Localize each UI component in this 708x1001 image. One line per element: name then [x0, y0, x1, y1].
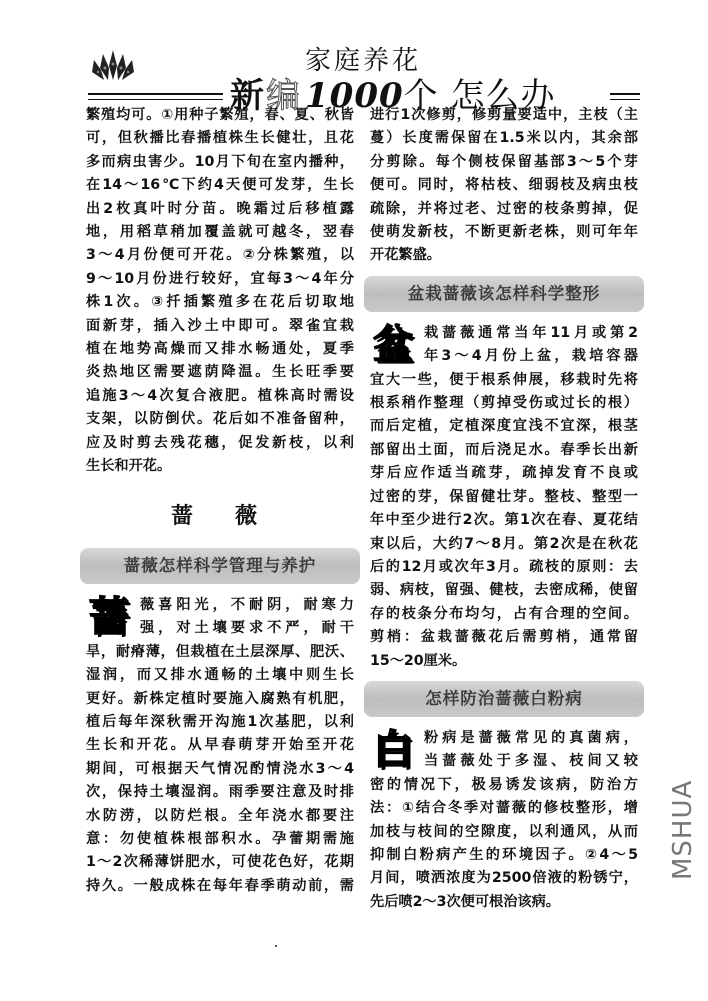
text-line: 使萌发新枝，不断更新老株，则可年年 — [370, 221, 638, 244]
text-line: 繁殖均可。①用种子繁殖，春、夏、秋皆 — [86, 104, 354, 127]
continued-paragraph: 进行1次修剪，修剪量要适中，主枝（主 蔓）长度需保留在1.5米以内，其余部 分剪… — [370, 104, 638, 268]
text-line: 而后定植，定植深度宜浅不宜深，根茎 — [370, 415, 638, 438]
text-line: 根系稍作整理（剪掉受伤或过长的根） — [370, 392, 638, 415]
text-line: 3～4月份便可开花。②分株繁殖，以 — [86, 244, 354, 267]
text-line: 蔓）长度需保留在1.5米以内，其余部 — [370, 127, 638, 150]
text-line: 炎热地区需要遮荫降温。生长旺季要 — [86, 361, 354, 384]
text-line: 加枝与枝间的空隙度，以利通风，从而 — [370, 821, 638, 844]
text-line: 先后喷2～3次便可根治该病。 — [370, 891, 638, 914]
text-line: 湿润，而又排水通畅的土壤中则生长 — [86, 664, 354, 687]
text-line: 旱，耐瘠薄，但栽植在土层深厚、肥沃、 — [86, 641, 354, 664]
text-line: 更好。新株定植时要施入腐熟有机肥， — [86, 688, 354, 711]
text-line: 束以后，大约7～8月。第2次是在秋花 — [370, 533, 638, 556]
text-line: 存的枝条分布均匀，占有合理的空间。 — [370, 603, 638, 626]
text-line: 后的12月或次年3月。疏枝的原则：去 — [370, 556, 638, 579]
section-disease-body: 白 粉病是蔷薇常见的真菌病， 当蔷薇处于多湿、枝间又较 密的情况下，极易诱发该病… — [370, 727, 638, 914]
text-line: 法：①结合冬季对蔷薇的修枝整形，增 — [370, 797, 638, 820]
text-line: 分剪除。每个侧枝保留基部3～5个芽 — [370, 151, 638, 174]
text-line: 9～10月份进行较好，宜每3～4年分 — [86, 268, 354, 291]
text-line: 面新芽，插入沙土中即可。翠雀宜栽 — [86, 315, 354, 338]
scan-speck — [275, 945, 277, 947]
text-line: 开花繁盛。 — [370, 244, 638, 267]
text-line: 年中至少进行2次。第1次在春、夏花结 — [370, 509, 638, 532]
drop-cap: 白 — [370, 729, 416, 771]
text-line: 水防涝，以防烂根。全年浇水都要注 — [86, 805, 354, 828]
text-line: 生长和开花。 — [86, 455, 354, 478]
text-line: 生长和开花。从早春萌芽开始至开花 — [86, 734, 354, 757]
text-line: 便可。同时，将枯枝、细弱枝及病虫枝 — [370, 174, 638, 197]
drop-cap: 盆 — [370, 324, 416, 366]
text-line: 地，用稻草稍加覆盖就可越冬，翌春 — [86, 221, 354, 244]
header-rule-right — [610, 93, 640, 100]
section-care-body: 蔷 薇喜阳光，不耐阴，耐寒力 强，对土壤要求不严，耐干 旱，耐瘠薄，但栽植在土层… — [86, 594, 354, 898]
section-banner-care: 蔷薇怎样科学管理与养护 — [80, 548, 360, 584]
intro-paragraph: 繁殖均可。①用种子繁殖，春、夏、秋皆 可，但秋播比春播植株生长健壮，且花 多而病… — [86, 104, 354, 479]
text-line: 抑制白粉病产生的环境因子。②4～5 — [370, 844, 638, 867]
text-line: 株1次。③扦插繁殖多在花后切取地 — [86, 291, 354, 314]
section-banner-pruning: 盆栽蔷薇该怎样科学整形 — [364, 276, 644, 312]
left-column: 繁殖均可。①用种子繁殖，春、夏、秋皆 可，但秋播比春播植株生长健壮，且花 多而病… — [86, 104, 354, 898]
text-line: 剪梢：盆栽蔷薇花后需剪梢，通常留 — [370, 626, 638, 649]
text-line: 疏除，并将过老、过密的枝条剪掉，促 — [370, 198, 638, 221]
text-line: 在14～16℃下约4天便可发芽，生长 — [86, 174, 354, 197]
text-line: 弱、病枝，留强、健枝，去密成稀，使留 — [370, 579, 638, 602]
text-line: 月间，喷洒浓度为2500倍液的粉锈宁， — [370, 867, 638, 890]
text-line: 植后每年深秋需开沟施1次基肥，以利 — [86, 711, 354, 734]
text-line: 部留出土面，而后浇足水。春季长出新 — [370, 439, 638, 462]
text-line: 宜大一些，便于根系伸展，移栽时先将 — [370, 369, 638, 392]
text-line: 追施3～4次复合液肥。植株高时需设 — [86, 385, 354, 408]
text-line: 期间，可根据天气情况酌情浇水3～4 — [86, 758, 354, 781]
text-line: 多而病虫害少。10月下旬在室内播种， — [86, 151, 354, 174]
page-header: 新编 家庭养花 1000个 怎么办 — [80, 40, 640, 102]
text-line: 植在地势高燥而又排水畅通处，夏季 — [86, 338, 354, 361]
section-pruning-body: 盆 栽蔷薇通常当年11月或第2 年3～4月份上盆，栽培容器 宜大一些，便于根系伸… — [370, 322, 638, 673]
text-line: 可，但秋播比春播植株生长健壮，且花 — [86, 127, 354, 150]
header-rule-left — [88, 93, 223, 100]
text-line: 密的情况下，极易诱发该病，防治方 — [370, 774, 638, 797]
text-line: 持久。一般成株在每年春季萌动前，需 — [86, 875, 354, 898]
text-line: 应及时剪去残花穗，促发新枝，以利 — [86, 432, 354, 455]
text-line: 进行1次修剪，修剪量要适中，主枝（主 — [370, 104, 638, 127]
text-line: 意：勿使植株根部积水。孕蕾期需施 — [86, 828, 354, 851]
lotus-flower-icon — [88, 46, 138, 82]
text-line: 过密的芽，保留健壮芽。整枝、整型一 — [370, 486, 638, 509]
drop-cap: 蔷 — [86, 596, 132, 638]
section-banner-disease: 怎样防治蔷薇白粉病 — [364, 681, 644, 717]
text-line: 1～2次稀薄饼肥水，可使花色好，花期 — [86, 851, 354, 874]
text-line: 芽后应作适当疏芽，疏掉发育不良或 — [370, 462, 638, 485]
text-line: 出2枚真叶时分苗。晚霜过后移植露 — [86, 198, 354, 221]
text-line: 次，保持土壤湿润。雨季要注意及时排 — [86, 781, 354, 804]
text-line: 支架，以防倒伏。花后如不准备留种， — [86, 408, 354, 431]
right-column: 进行1次修剪，修剪量要适中，主枝（主 蔓）长度需保留在1.5米以内，其余部 分剪… — [370, 104, 638, 914]
flower-heading: 蔷薇 — [116, 505, 354, 528]
text-line: 15～20厘米。 — [370, 650, 638, 673]
watermark: MSHUA — [668, 780, 698, 880]
